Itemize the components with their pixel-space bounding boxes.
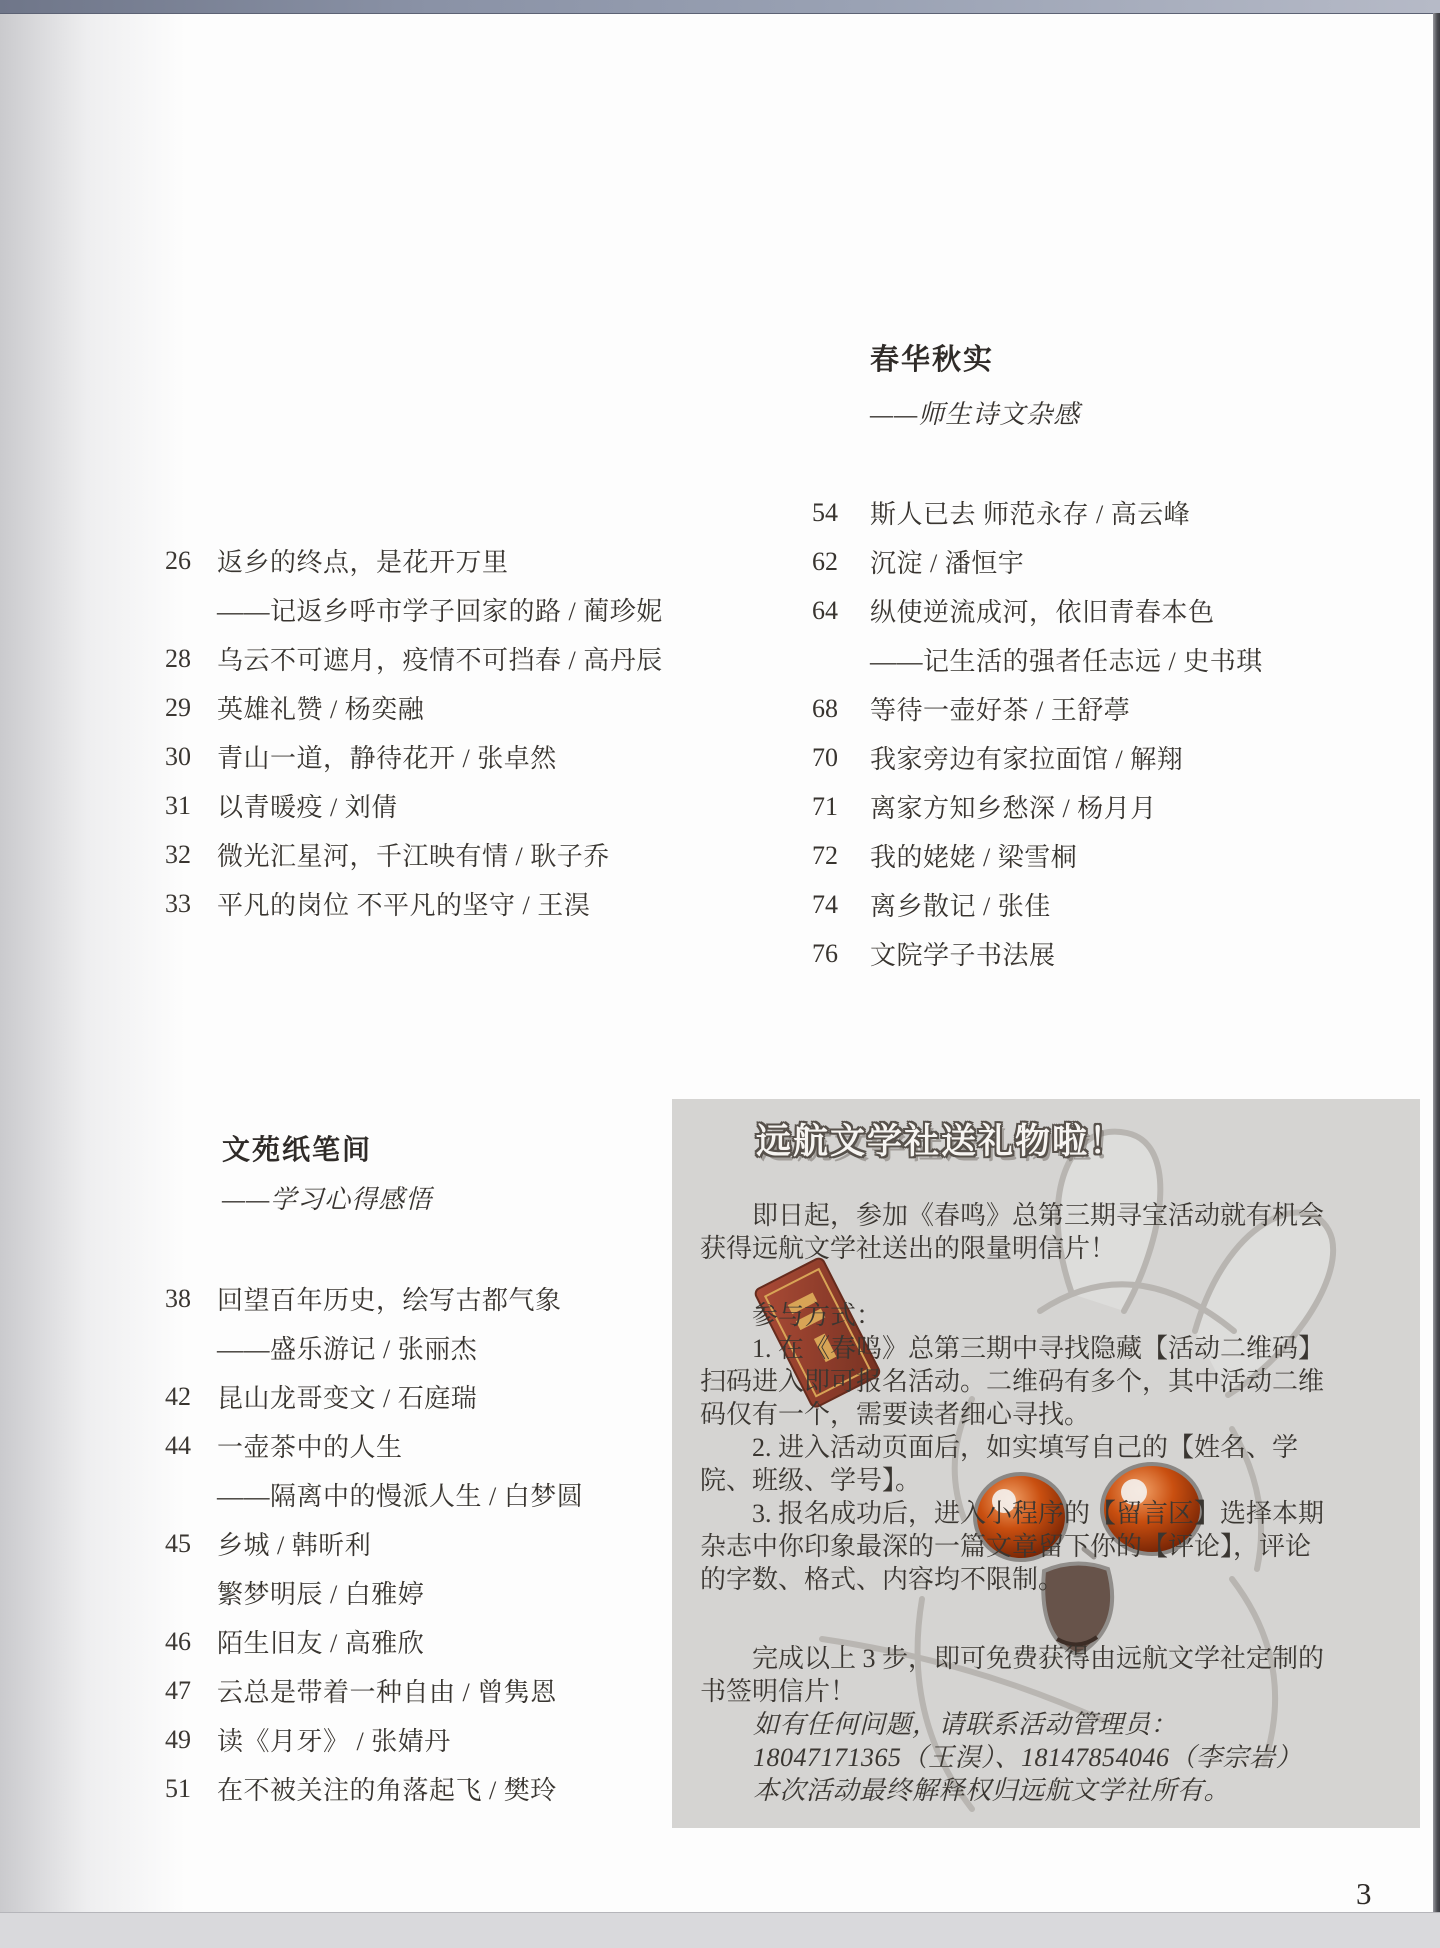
toc-item-title: 微光汇星河，千江映有情 / 耿子乔 (217, 836, 610, 873)
toc-item-title: 昆山龙哥变文 / 石庭瑞 (217, 1378, 477, 1415)
promo-box: 远航文学社送礼物啦！ 即日起，参加《春鸣》总第三期寻宝活动就有机会 获得远航文学… (672, 1099, 1420, 1828)
toc-item: 74离乡散记 / 张佳 (812, 880, 1263, 929)
toc-item: 51在不被关注的角落起飞 / 樊玲 (165, 1764, 583, 1813)
toc-item-page-number: 38 (165, 1284, 217, 1314)
toc-item-title: ——隔离中的慢派人生 / 白梦圆 (217, 1476, 583, 1513)
toc-item: 76文院学子书法展 (812, 929, 1263, 978)
toc-item-title: 读《月牙》 / 张婧丹 (217, 1721, 451, 1758)
toc-item-page-number: 28 (165, 644, 217, 674)
toc-item-title: 离乡散记 / 张佳 (870, 886, 1051, 923)
toc-item-title: 回望百年历史，绘写古都气象 (217, 1280, 562, 1317)
toc-item-title: ——记返乡呼市学子回家的路 / 蔺珍妮 (217, 591, 663, 628)
toc-item-page-number: 46 (165, 1627, 217, 1657)
toc-item: 26返乡的终点，是花开万里 (165, 536, 663, 585)
toc-item-page-number: 76 (812, 939, 870, 969)
toc-item: 31以青暖疫 / 刘倩 (165, 781, 663, 830)
toc-item-page-number: 45 (165, 1529, 217, 1559)
toc-item-title: 我的姥姥 / 梁雪桐 (870, 837, 1077, 874)
magazine-toc-page: 春华秋实 ——师生诗文杂感 54斯人已去 师范永存 / 高云峰62沉淀 / 潘恒… (0, 0, 1440, 1948)
promo-step-1: 1. 在《春鸣》总第三期中寻找隐藏【活动二维码】 扫码进入即可报名活动。二维码有… (700, 1332, 1396, 1431)
toc-item: 42昆山龙哥变文 / 石庭瑞 (165, 1372, 583, 1421)
toc-list-chunhua: 54斯人已去 师范永存 / 高云峰62沉淀 / 潘恒宇64纵使逆流成河，依旧青春… (812, 488, 1263, 978)
toc-item: 45乡城 / 韩昕利 (165, 1519, 583, 1568)
toc-item: 72我的姥姥 / 梁雪桐 (812, 831, 1263, 880)
toc-item-page-number: 42 (165, 1382, 217, 1412)
promo-step-3: 3. 报名成功后，进入小程序的【留言区】选择本期 杂志中你印象最深的一篇文章留下… (700, 1497, 1396, 1596)
toc-item-page-number: 54 (812, 498, 870, 528)
toc-item-title: 一壶茶中的人生 (217, 1427, 403, 1464)
toc-item-page-number: 26 (165, 546, 217, 576)
toc-item-page-number: 64 (812, 596, 870, 626)
toc-item: 46陌生旧友 / 高雅欣 (165, 1617, 583, 1666)
toc-item: 64纵使逆流成河，依旧青春本色 (812, 586, 1263, 635)
toc-item: ——隔离中的慢派人生 / 白梦圆 (165, 1470, 583, 1519)
toc-list-previous-section: 26返乡的终点，是花开万里——记返乡呼市学子回家的路 / 蔺珍妮28乌云不可遮月… (165, 536, 663, 928)
toc-item-page-number: 51 (165, 1774, 217, 1804)
toc-item: 32微光汇星河，千江映有情 / 耿子乔 (165, 830, 663, 879)
toc-item: 47云总是带着一种自由 / 曾隽恩 (165, 1666, 583, 1715)
toc-item-title: 乌云不可遮月，疫情不可挡春 / 高丹辰 (217, 640, 663, 677)
toc-item-title: 在不被关注的角落起飞 / 樊玲 (217, 1770, 557, 1807)
section-subtitle: ——学习心得感悟 (222, 1186, 432, 1213)
toc-item-title: 以青暖疫 / 刘倩 (217, 787, 398, 824)
toc-item-page-number: 30 (165, 742, 217, 772)
section-title: 文苑纸笔间 (222, 1136, 432, 1165)
toc-item-page-number: 29 (165, 693, 217, 723)
toc-item-page-number: 49 (165, 1725, 217, 1755)
toc-item: 68等待一壶好茶 / 王舒葶 (812, 684, 1263, 733)
promo-intro: 即日起，参加《春鸣》总第三期寻宝活动就有机会 获得远航文学社送出的限量明信片！ (700, 1199, 1396, 1265)
toc-item-title: 纵使逆流成河，依旧青春本色 (870, 592, 1215, 629)
toc-item: 54斯人已去 师范永存 / 高云峰 (812, 488, 1263, 537)
toc-item-title: 沉淀 / 潘恒宇 (870, 543, 1024, 580)
toc-item-title: 平凡的岗位 不平凡的坚守 / 王淏 (217, 885, 590, 922)
toc-item-page-number: 74 (812, 890, 870, 920)
toc-item-title: 我家旁边有家拉面馆 / 解翔 (870, 739, 1183, 776)
toc-item-title: 离家方知乡愁深 / 杨月月 (870, 788, 1157, 825)
toc-item-page-number: 71 (812, 792, 870, 822)
toc-item: 繁梦明辰 / 白雅婷 (165, 1568, 583, 1617)
toc-item-title: 等待一壶好茶 / 王舒葶 (870, 690, 1130, 727)
toc-item: ——记返乡呼市学子回家的路 / 蔺珍妮 (165, 585, 663, 634)
toc-item-page-number: 68 (812, 694, 870, 724)
toc-item-page-number: 62 (812, 547, 870, 577)
section-header-wenyuan: 文苑纸笔间 ——学习心得感悟 (222, 1136, 432, 1213)
toc-item: 28乌云不可遮月，疫情不可挡春 / 高丹辰 (165, 634, 663, 683)
toc-item: 30青山一道，静待花开 / 张卓然 (165, 732, 663, 781)
page-right-edge (1433, 13, 1440, 1912)
toc-item: 29英雄礼赞 / 杨奕融 (165, 683, 663, 732)
toc-item-title: 陌生旧友 / 高雅欣 (217, 1623, 424, 1660)
toc-item: ——记生活的强者任志远 / 史书琪 (812, 635, 1263, 684)
toc-item-title: 英雄礼赞 / 杨奕融 (217, 689, 424, 726)
toc-item-title: 斯人已去 师范永存 / 高云峰 (870, 494, 1190, 531)
toc-item-title: 文院学子书法展 (870, 935, 1056, 972)
page-bottom-band (0, 1912, 1440, 1948)
toc-item: 62沉淀 / 潘恒宇 (812, 537, 1263, 586)
toc-item: 44一壶茶中的人生 (165, 1421, 583, 1470)
toc-item-title: 青山一道，静待花开 / 张卓然 (217, 738, 557, 775)
toc-item-page-number: 70 (812, 743, 870, 773)
toc-item-title: ——记生活的强者任志远 / 史书琪 (870, 641, 1263, 678)
page-number: 3 (1356, 1876, 1372, 1912)
section-title: 春华秋实 (870, 346, 1080, 375)
toc-item: 71离家方知乡愁深 / 杨月月 (812, 782, 1263, 831)
promo-contact: 如有任何问题，请联系活动管理员： 18047171365（王淏）、1814785… (700, 1708, 1396, 1807)
promo-how-title: 参与方式： (700, 1299, 1396, 1332)
section-subtitle: ——师生诗文杂感 (870, 401, 1080, 428)
promo-step-2: 2. 进入活动页面后，如实填写自己的【姓名、学 院、班级、学号】。 (700, 1431, 1396, 1497)
toc-item-page-number: 32 (165, 840, 217, 870)
toc-item-page-number: 33 (165, 889, 217, 919)
promo-reward: 完成以上 3 步，即可免费获得由远航文学社定制的 书签明信片！ (700, 1642, 1396, 1708)
toc-item: ——盛乐游记 / 张丽杰 (165, 1323, 583, 1372)
toc-item-page-number: 31 (165, 791, 217, 821)
toc-item: 49读《月牙》 / 张婧丹 (165, 1715, 583, 1764)
toc-item-page-number: 72 (812, 841, 870, 871)
toc-item: 38回望百年历史，绘写古都气象 (165, 1274, 583, 1323)
toc-item: 70我家旁边有家拉面馆 / 解翔 (812, 733, 1263, 782)
toc-item-title: ——盛乐游记 / 张丽杰 (217, 1329, 477, 1366)
toc-item-page-number: 44 (165, 1431, 217, 1461)
section-header-chunhua: 春华秋实 ——师生诗文杂感 (870, 346, 1080, 428)
toc-item-title: 返乡的终点，是花开万里 (217, 542, 509, 579)
toc-item-title: 乡城 / 韩昕利 (217, 1525, 371, 1562)
toc-item-title: 繁梦明辰 / 白雅婷 (217, 1574, 424, 1611)
toc-item-page-number: 47 (165, 1676, 217, 1706)
toc-item-title: 云总是带着一种自由 / 曾隽恩 (217, 1672, 557, 1709)
toc-item: 33平凡的岗位 不平凡的坚守 / 王淏 (165, 879, 663, 928)
page-top-edge-bar (0, 0, 1440, 14)
toc-list-wenyuan: 38回望百年历史，绘写古都气象——盛乐游记 / 张丽杰42昆山龙哥变文 / 石庭… (165, 1274, 583, 1813)
promo-title: 远航文学社送礼物啦！ (756, 1121, 1420, 1163)
